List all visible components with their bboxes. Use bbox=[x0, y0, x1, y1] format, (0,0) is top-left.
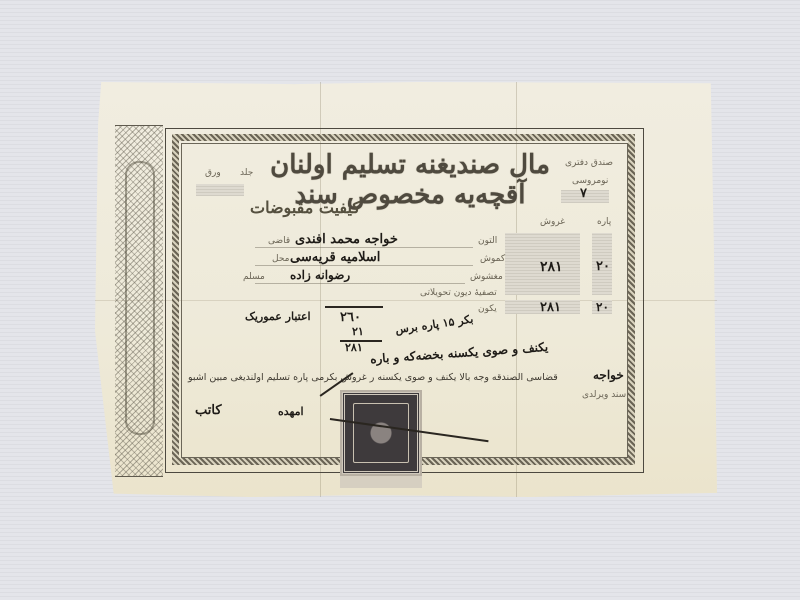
amount-para: ۲۰ bbox=[596, 259, 610, 274]
body-line-2: قضاسی الصندقه وجه بالا یکنف و صوی یکسنه … bbox=[188, 372, 558, 383]
label-cilt: جلد bbox=[240, 168, 253, 178]
calc-fraction-top: ۲۱ bbox=[352, 325, 364, 338]
revenue-stamp bbox=[342, 392, 420, 474]
handwritten-name: خواجه محمد افندی bbox=[295, 232, 398, 247]
subtitle: کیفیت مقبوضات bbox=[245, 198, 365, 217]
row-label-yekun: یکون bbox=[478, 304, 497, 314]
header-kurus: غروش bbox=[540, 217, 565, 227]
row-line bbox=[255, 283, 465, 284]
label-sandik-defteri: صندق دفتری bbox=[565, 158, 613, 168]
field-mahal: محل bbox=[272, 254, 289, 264]
handwritten-location: اسلامیه قریه‌سی bbox=[290, 250, 380, 265]
note-left: اعتبار عموریک bbox=[245, 310, 311, 323]
signature-mid: امهده bbox=[278, 405, 304, 418]
total-kurus: ۲۸۱ bbox=[540, 300, 561, 315]
label-varak: ورق bbox=[205, 168, 221, 178]
stamp-emblem bbox=[353, 403, 409, 463]
label-numerosu: نومروسی bbox=[572, 176, 608, 186]
number-value: ۷ bbox=[580, 186, 587, 201]
calc-line bbox=[325, 306, 383, 308]
cilt-varak-box bbox=[196, 184, 244, 196]
row-line bbox=[255, 247, 473, 248]
field-qadi: قاضی bbox=[268, 236, 290, 246]
handwritten-family: رضوانه زاده bbox=[290, 268, 350, 282]
amount-kurus: ۲۸۱ bbox=[540, 259, 563, 275]
document-title: مال صندیغنه تسلیم اولنان آقچه‌یه مخصوص س… bbox=[270, 150, 550, 190]
calc-top: ۲٦٠ bbox=[340, 310, 361, 325]
calc-fraction-bottom: ۲۸۱ bbox=[345, 341, 363, 354]
row-label-gumus: کموش bbox=[480, 254, 505, 264]
field-muslim: مسلم bbox=[243, 272, 265, 282]
body-line-2-prefix: خواجه bbox=[593, 368, 624, 382]
row-label-tasfiye: تصفیهٔ دیون تحویلاتی bbox=[420, 288, 497, 298]
row-label-altin: التون bbox=[478, 236, 497, 246]
total-para: ۲۰ bbox=[596, 300, 609, 314]
stamp-margin bbox=[340, 474, 422, 488]
row-label-maghsus: مغشوش bbox=[470, 272, 503, 282]
signature-katib: کاتب bbox=[195, 403, 222, 418]
row-line bbox=[255, 265, 473, 266]
decorative-stub-border bbox=[115, 125, 163, 477]
header-para: پاره bbox=[597, 217, 611, 227]
body-line-3: سند ویرلدی bbox=[582, 390, 626, 400]
